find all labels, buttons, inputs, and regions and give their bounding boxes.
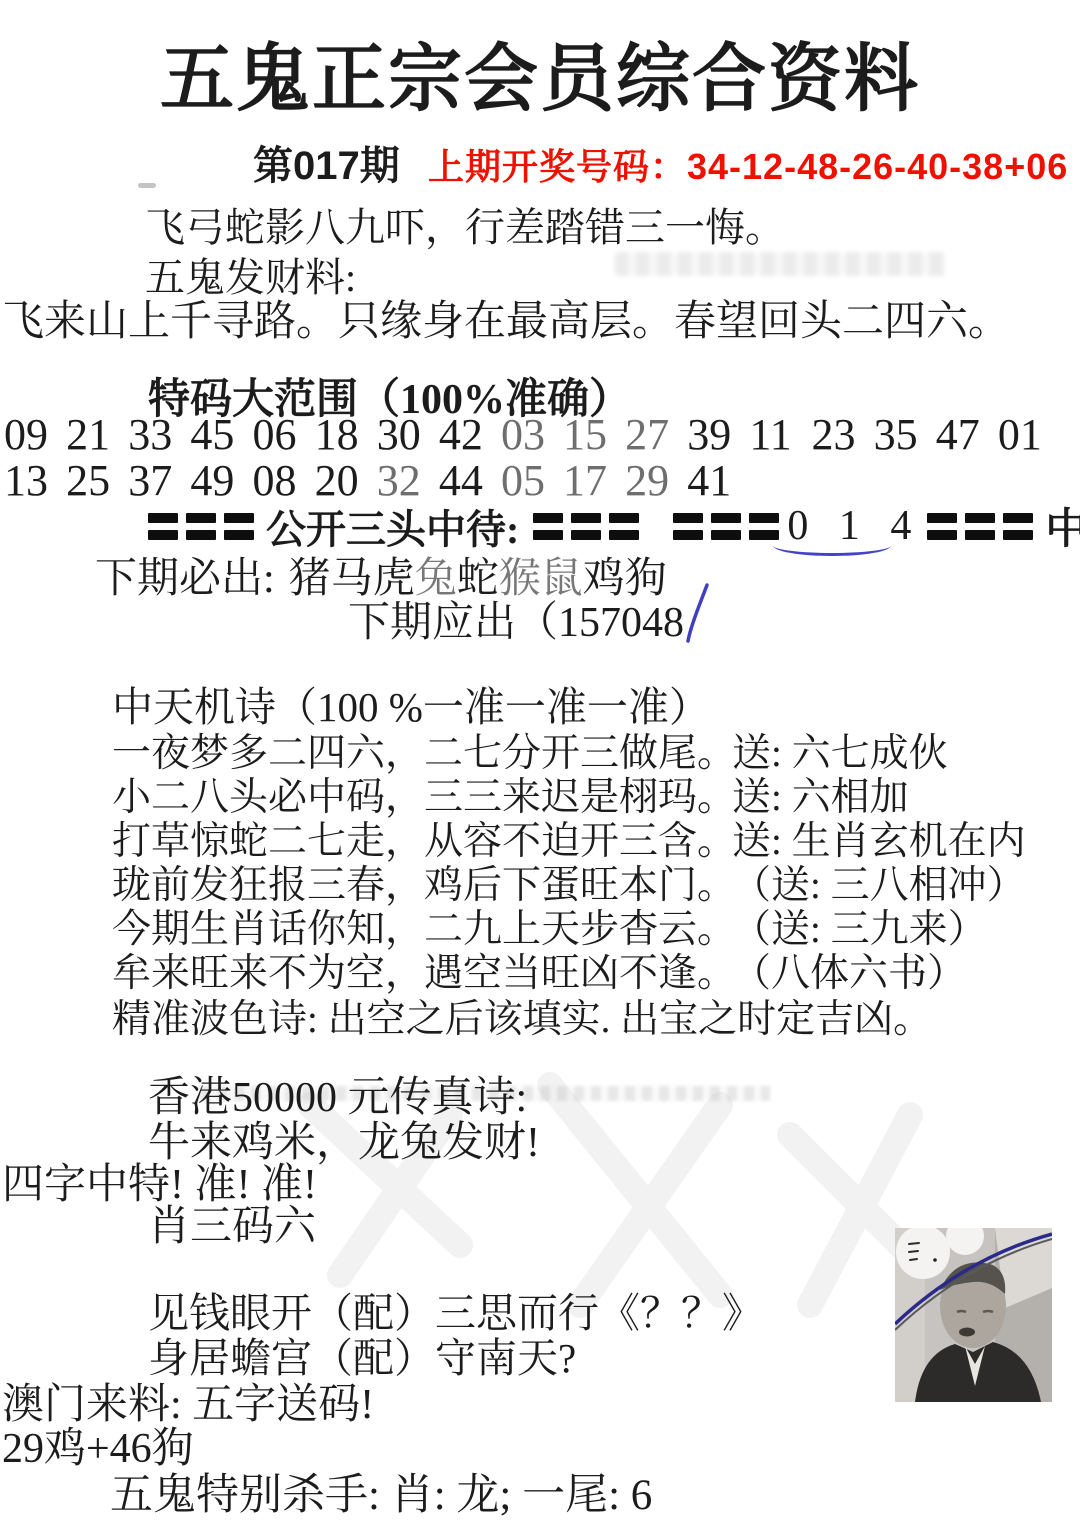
bar-group xyxy=(533,513,647,540)
tianji-line: 打草惊蛇二七走，从容不迫开三含。送: 生肖玄机在内 xyxy=(112,810,1077,854)
black-bar xyxy=(533,530,563,540)
black-bar-unit xyxy=(224,513,254,540)
intro-poem-line: 飞弓蛇影八九吓，行差踏错三一悔。 xyxy=(145,196,785,253)
tianji-line: 一夜梦多二四六，二七分开三做尾。送: 六七成伙 xyxy=(112,722,1077,766)
black-bar xyxy=(749,513,779,523)
special-number: 25 xyxy=(66,458,128,504)
special-numbers-row2: 132537490820324405172941 xyxy=(4,458,1060,504)
page-title: 五鬼正宗会员综合资料 xyxy=(0,20,1080,126)
black-bar xyxy=(609,513,639,523)
black-bar xyxy=(673,530,703,540)
tianji-poem-lines: 一夜梦多二四六，二七分开三做尾。送: 六七成伙小二八头必中码，三三来迟是栩玛。送… xyxy=(112,722,1077,986)
special-number: 29 xyxy=(625,458,687,504)
tianji-line: 今期生肖话你知，二九上天步杳云。（送: 三九来） xyxy=(112,898,1077,942)
zodiac-char: 猪 xyxy=(289,556,331,602)
black-bar xyxy=(1003,513,1033,523)
three-heads-row: 公开三头中待: 0 1 4 中 xyxy=(148,502,1080,550)
black-bar xyxy=(148,513,178,523)
special-number: 18 xyxy=(315,412,377,458)
black-bar xyxy=(673,513,703,523)
black-bar-unit xyxy=(533,513,563,540)
special-number: 47 xyxy=(936,412,998,458)
special-numbers-row1: 0921334506183042031527391123354701 xyxy=(4,412,1060,458)
black-bar xyxy=(711,513,741,523)
special-number: 45 xyxy=(190,412,252,458)
black-bar xyxy=(927,530,957,540)
special-number: 15 xyxy=(563,412,625,458)
black-bar xyxy=(1003,530,1033,540)
special-number: 11 xyxy=(749,412,811,458)
black-bar-unit xyxy=(1003,513,1033,540)
scan-smudge xyxy=(138,183,156,188)
erased-text-blur xyxy=(615,252,945,276)
special-number: 03 xyxy=(501,412,563,458)
special-number: 21 xyxy=(66,412,128,458)
black-bar xyxy=(571,513,601,523)
black-bar-unit xyxy=(711,513,741,540)
last-draw-numbers: 上期开奖号码：34-12-48-26-40-38+06 xyxy=(428,139,1068,190)
black-bar-unit xyxy=(965,513,995,540)
black-bar xyxy=(148,530,178,540)
black-bar xyxy=(533,513,563,523)
black-bar xyxy=(186,530,216,540)
special-number: 42 xyxy=(439,412,501,458)
black-bar-unit xyxy=(148,513,178,540)
black-bar-unit xyxy=(609,513,639,540)
black-bar xyxy=(749,530,779,540)
fax-poem-line3: 肖三码六 xyxy=(148,1193,316,1253)
special-number: 27 xyxy=(625,412,687,458)
tianji-line: 牟来旺来不为空，遇空当旺凶不逢。（八体六书） xyxy=(112,942,1077,986)
special-number: 01 xyxy=(998,412,1060,458)
black-bar xyxy=(927,513,957,523)
special-number: 35 xyxy=(874,412,936,458)
special-number: 30 xyxy=(377,412,439,458)
three-heads-digits: 0 1 4 xyxy=(787,502,921,550)
tianji-line: 小二八头必中码，三三来迟是栩玛。送: 六相加 xyxy=(112,766,1077,810)
special-number: 17 xyxy=(563,458,625,504)
handwritten-blue-slash xyxy=(683,583,713,643)
bar-group xyxy=(148,513,262,540)
three-heads-suffix: 中 xyxy=(1045,496,1080,556)
black-bar xyxy=(965,530,995,540)
black-bar xyxy=(224,513,254,523)
black-bar-unit xyxy=(673,513,703,540)
special-number: 06 xyxy=(252,412,314,458)
bar-group xyxy=(673,513,787,540)
black-bar xyxy=(965,513,995,523)
black-bar-unit xyxy=(927,513,957,540)
black-bar xyxy=(571,530,601,540)
black-bar xyxy=(609,530,639,540)
special-number: 39 xyxy=(687,412,749,458)
black-bar-unit xyxy=(749,513,779,540)
black-bar-unit xyxy=(571,513,601,540)
special-number: 23 xyxy=(812,412,874,458)
black-bar xyxy=(186,513,216,523)
intro-poem-line2: 飞来山上千寻路。只缘身在最高层。春望回头二四六。 xyxy=(2,288,1010,348)
wave-color-poem-line: 精准波色诗: 出空之后该填实. 出宝之时定吉凶。 xyxy=(112,988,932,1044)
special-number: 41 xyxy=(687,458,749,504)
next-must-label: 下期必出: xyxy=(95,556,275,602)
special-number: 33 xyxy=(128,412,190,458)
special-number: 37 xyxy=(128,458,190,504)
special-number: 13 xyxy=(4,458,66,504)
killer-line: 五鬼特别杀手: 肖: 龙; 一尾: 6 xyxy=(110,1461,652,1522)
blue-underline-arc xyxy=(773,535,891,556)
issue-number: 第017期 xyxy=(253,134,400,191)
special-number: 09 xyxy=(4,412,66,458)
black-bar xyxy=(224,530,254,540)
special-number: 49 xyxy=(190,458,252,504)
tianji-line: 珑前发狂报三春，鸡后下蛋旺本门。（送: 三八相冲） xyxy=(112,854,1077,898)
bar-group xyxy=(927,513,1041,540)
next-should-row: 下期应出（157048 xyxy=(348,589,684,649)
black-bar-unit xyxy=(186,513,216,540)
black-bar xyxy=(711,530,741,540)
portrait-photo xyxy=(895,1228,1052,1402)
